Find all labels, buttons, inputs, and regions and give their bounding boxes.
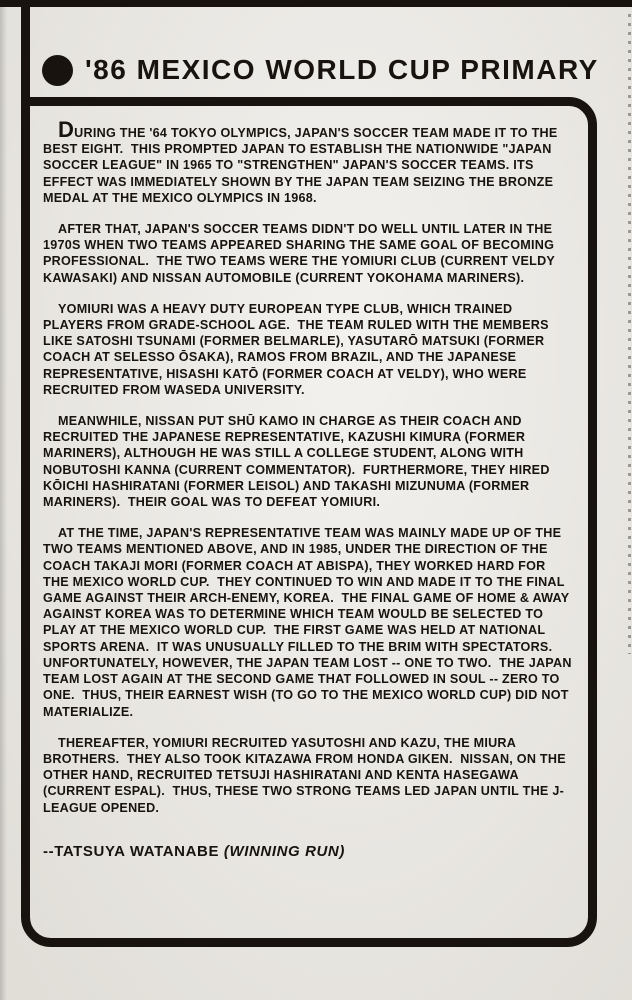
body-paragraph: AFTER THAT, JAPAN'S SOCCER TEAMS DIDN'T … — [43, 221, 573, 286]
body-paragraph: THEREAFTER, YOMIURI RECRUITED YASUTOSHI … — [43, 735, 573, 816]
signature-line: --TATSUYA WATANABE (WINNING RUN) — [43, 843, 573, 860]
article-box: DURING THE '64 TOKYO OLYMPICS, JAPAN'S S… — [21, 97, 597, 947]
manga-text-page: '86 MEXICO WORLD CUP PRIMARY DURING THE … — [0, 0, 632, 1000]
page-title: '86 MEXICO WORLD CUP PRIMARY — [85, 54, 599, 86]
page-edge-bleed-marks — [628, 14, 631, 654]
body-paragraph: AT THE TIME, JAPAN'S REPRESENTATIVE TEAM… — [43, 525, 573, 719]
title-bullet-icon — [42, 55, 73, 86]
body-paragraph: DURING THE '64 TOKYO OLYMPICS, JAPAN'S S… — [43, 121, 573, 206]
body-paragraph: MEANWHILE, NISSAN PUT SHŪ KAMO IN CHARGE… — [43, 413, 573, 510]
body-paragraph: YOMIURI WAS A HEAVY DUTY EUROPEAN TYPE C… — [43, 301, 573, 398]
section-title-row: '86 MEXICO WORLD CUP PRIMARY — [42, 49, 599, 91]
author-name: --TATSUYA WATANABE — [43, 843, 224, 860]
top-border-bar — [0, 0, 632, 7]
article-body: DURING THE '64 TOKYO OLYMPICS, JAPAN'S S… — [43, 121, 573, 816]
work-title: (WINNING RUN) — [224, 843, 345, 860]
left-border-rule — [21, 0, 30, 112]
